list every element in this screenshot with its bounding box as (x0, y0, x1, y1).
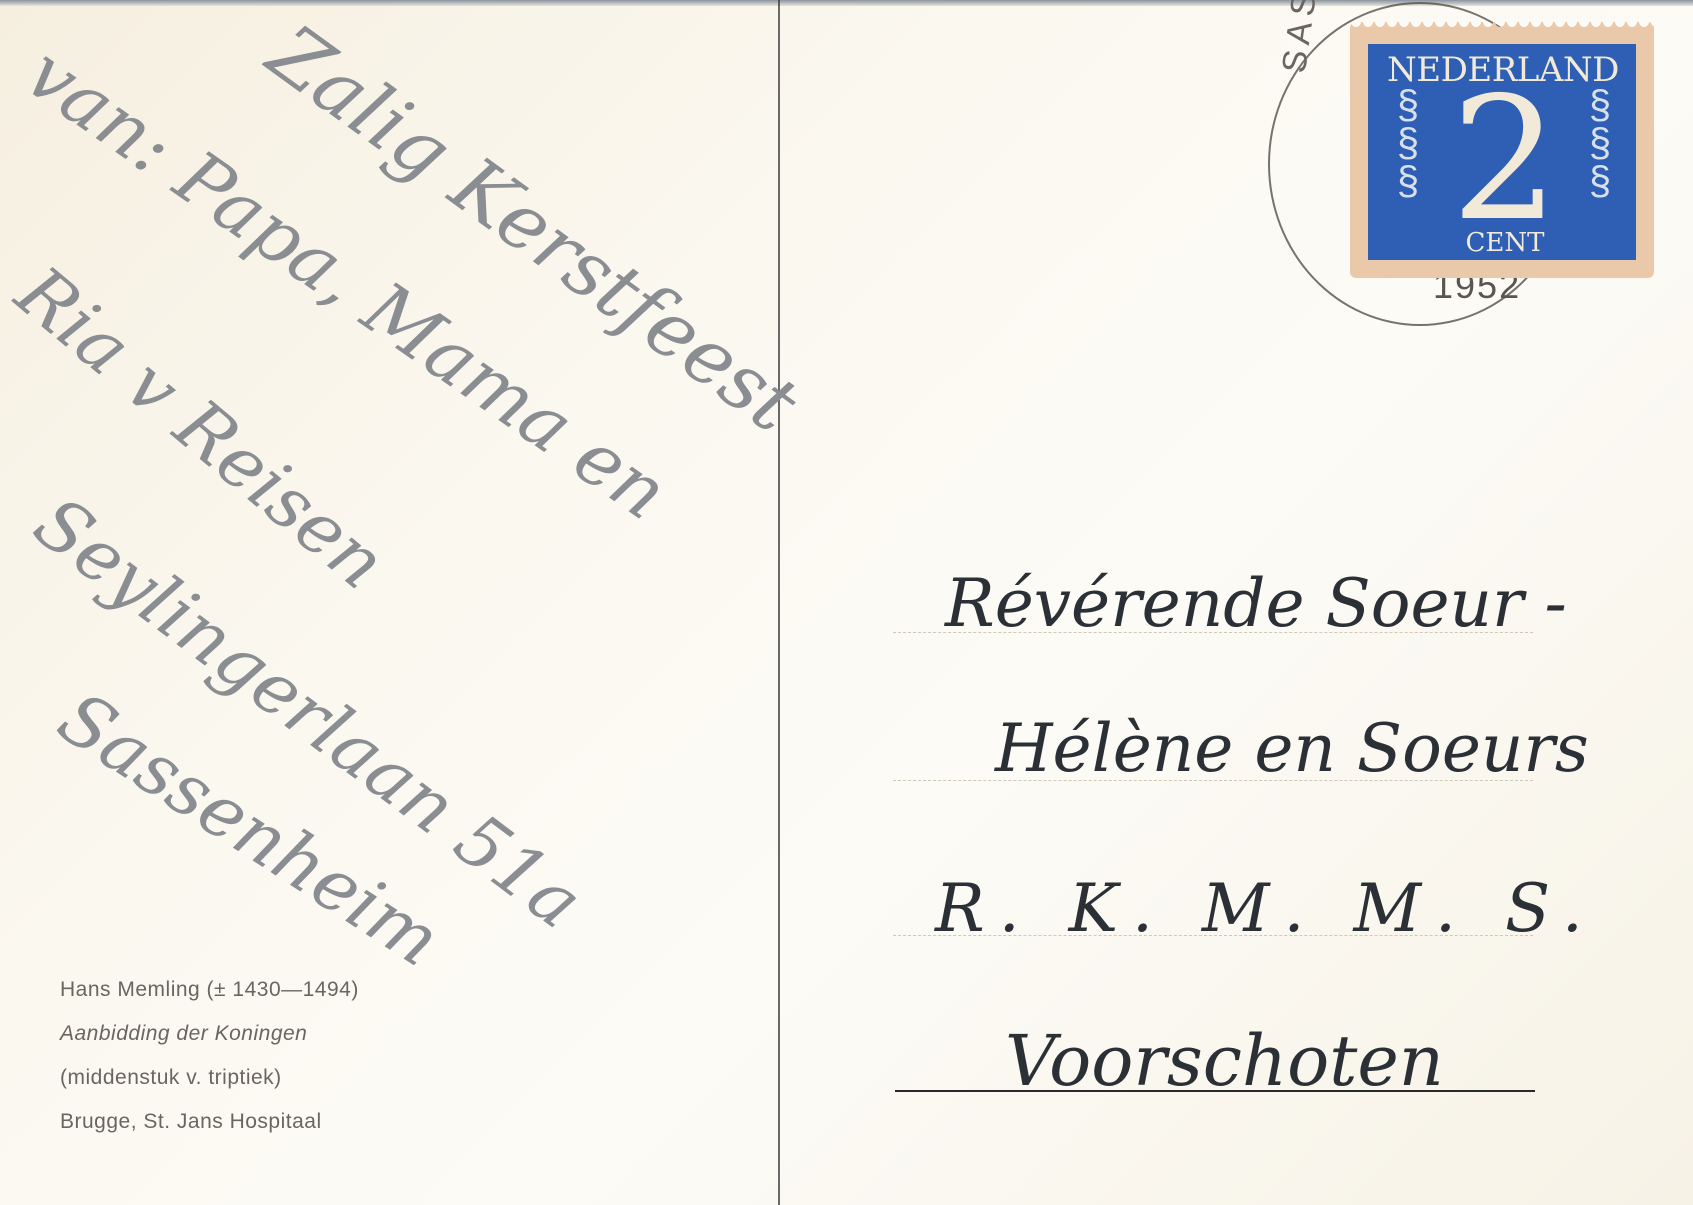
caption-location: Brugge, St. Jans Hospitaal (60, 1100, 359, 1144)
stamp-value: 2 (1430, 70, 1580, 250)
address-underline (895, 1090, 1535, 1092)
stamp-flourish-left-icon: §§§ (1378, 86, 1438, 236)
address-line-2: Hélène en Soeurs (995, 710, 1589, 787)
address-line-1: Révérende Soeur - (945, 565, 1567, 642)
address-line-3: R. K. M. M. S. (935, 870, 1597, 947)
artwork-caption: Hans Memling (± 1430—1494) Aanbidding de… (60, 968, 359, 1144)
stamp-unit: CENT (1440, 228, 1570, 258)
caption-detail: (middenstuk v. triptiek) (60, 1056, 359, 1100)
center-divider-line (778, 0, 780, 1205)
postcard-back: Zalig Kerstfeest van: Papa, Mama en Ria … (0, 0, 1693, 1205)
caption-artist: Hans Memling (± 1430—1494) (60, 968, 359, 1012)
caption-title: Aanbidding der Koningen (60, 1012, 359, 1056)
